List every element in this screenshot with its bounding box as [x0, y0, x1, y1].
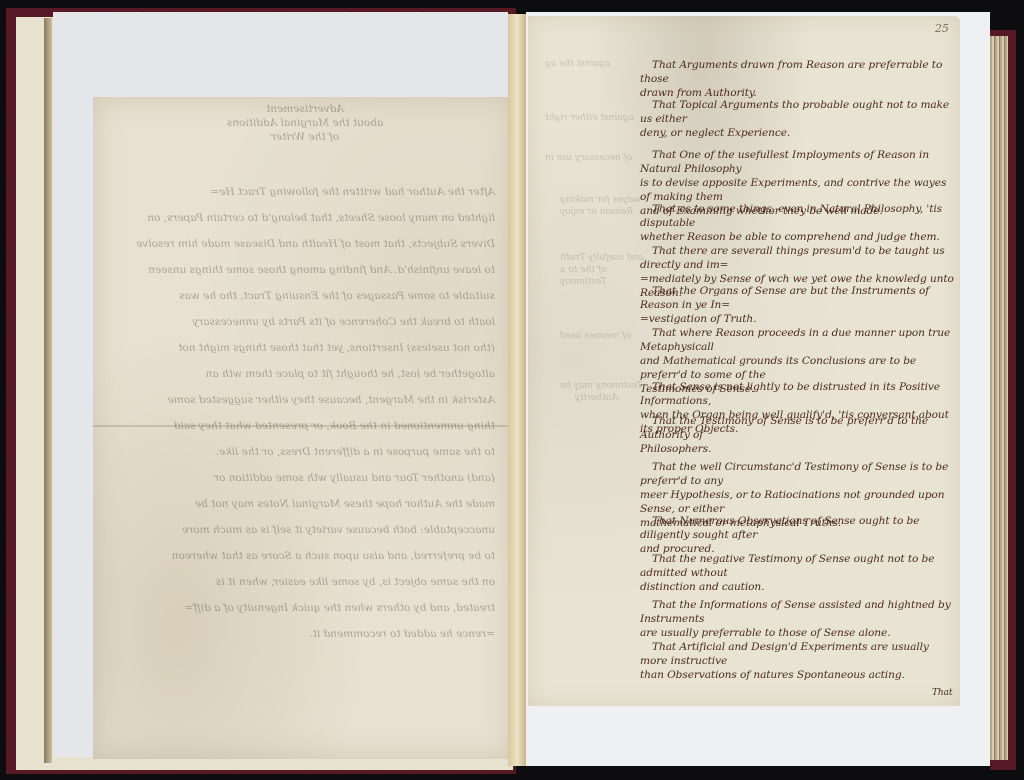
text-line: loath to break the Coherence of its Part…: [100, 315, 495, 341]
text-line: (and) another Tour and usually wth some …: [100, 471, 495, 497]
text-line: That the Testimony of Sense is to be pre…: [640, 414, 958, 442]
text-line: That the negative Testimony of Sense oug…: [640, 552, 958, 580]
show-through-text: wayes for making: [560, 194, 641, 206]
show-through-text: Testimony: [560, 276, 607, 288]
text-line: Divers Subjects, that most of Health and…: [100, 237, 495, 263]
text-line: That the well Circumstanc'd Testimony of…: [640, 460, 958, 488]
show-through-text: against the ag: [545, 58, 610, 70]
page-edge-left: [44, 18, 52, 763]
heading-line: Advertisement: [150, 102, 460, 116]
text-line: Asterisk in the Margent, because they ei…: [100, 393, 495, 419]
show-through-text: Reason or enjoy: [560, 206, 633, 218]
proposition: That Artificial and Design'd Experiments…: [640, 640, 958, 682]
text-line: suitable to some Passages of the Ensuing…: [100, 289, 495, 315]
text-line: lighted on many loose Sheets, that belon…: [100, 211, 495, 237]
proposition: That the Informations of Sense assisted …: [640, 598, 958, 640]
text-line: After the Author had written the followi…: [100, 185, 495, 211]
page-block-edges: [990, 36, 1008, 760]
heading-line: about the Marginal Additions: [150, 116, 460, 130]
text-line: whether Reason be able to comprehend and…: [640, 231, 940, 243]
text-line: That as to some things, even in Natural …: [640, 202, 958, 230]
text-line: That Artificial and Design'd Experiments…: [640, 640, 958, 668]
text-line: deny, or neglect Experience.: [640, 127, 790, 139]
text-line: and Mathematical grounds its Conclusions…: [640, 354, 958, 382]
show-through-text: Testimony may be: [560, 380, 642, 392]
text-line: Philosophers.: [640, 443, 711, 455]
catchword: That: [932, 686, 952, 700]
text-line: than Observations of natures Spontaneous…: [640, 669, 905, 681]
text-line: =vestigation of Truth.: [640, 313, 756, 325]
text-line: That Topical Arguments tho probable ough…: [640, 98, 958, 126]
text-line: unacceptable: both because variety it se…: [100, 523, 495, 549]
heading-line: of the Writer: [150, 130, 460, 144]
text-line: That where Reason proceeds in a due mann…: [640, 326, 958, 354]
text-line: to the same purpose in a different Dress…: [100, 445, 495, 471]
text-line: made the Author hope these Marginal Note…: [100, 497, 495, 523]
text-line: That Arguments drawn from Reason are pre…: [640, 58, 958, 86]
text-line: treated, and by others when the quick In…: [100, 601, 495, 627]
show-through-text: of the to a: [560, 264, 606, 276]
text-line: to be preferred, and also upon such a Sc…: [100, 549, 495, 575]
show-through-text: of necessary use in: [545, 152, 632, 164]
text-line: That the Informations of Sense assisted …: [640, 598, 958, 626]
text-line: That there are severall things presum'd …: [640, 244, 958, 272]
text-line: altogether be lost, he thought fit to pl…: [100, 367, 495, 393]
text-line: That Sense is not lightly to be distrust…: [640, 380, 958, 408]
text-line: distinction and caution.: [640, 581, 764, 593]
proposition: That the Organs of Sense are but the Ins…: [640, 284, 958, 326]
proposition: That Arguments drawn from Reason are pre…: [640, 58, 958, 100]
proposition: That the Testimony of Sense is to be pre…: [640, 414, 958, 456]
left-page-body: After the Author had written the followi…: [100, 185, 495, 653]
text-line: That the Organs of Sense are but the Ins…: [640, 284, 958, 312]
show-through-text: of meanes used: [560, 330, 631, 342]
proposition: That Numerous Observations of Sense ough…: [640, 514, 958, 556]
text-line: thing unmentioned in the Book, or presen…: [100, 419, 495, 445]
text-line: is to devise apposite Experiments, and c…: [640, 176, 958, 204]
text-line: =rence he added to recommend it.: [100, 627, 495, 653]
text-line: meer Hypothesis, or to Ratiocinations no…: [640, 488, 958, 516]
left-page-heading: Advertisement about the Marginal Additio…: [150, 102, 460, 144]
proposition: That the negative Testimony of Sense oug…: [640, 552, 958, 594]
text-line: to leave unfinish'd. And finding among t…: [100, 263, 495, 289]
text-line: That Numerous Observations of Sense ough…: [640, 514, 958, 542]
text-line: (tho not useless) Insertions, yet that t…: [100, 341, 495, 367]
proposition: That as to some things, even in Natural …: [640, 202, 958, 244]
page-number: 25: [935, 22, 949, 36]
proposition: That Topical Arguments tho probable ough…: [640, 98, 958, 140]
show-through-text: and usefully Truth: [560, 252, 644, 264]
text-line: That One of the usefullest Imployments o…: [640, 148, 958, 176]
show-through-text: against either right: [545, 112, 634, 124]
text-line: are usually preferrable to those of Sens…: [640, 627, 890, 639]
book-gutter: [508, 14, 526, 766]
text-line: on the same object is, by some like easi…: [100, 575, 495, 601]
show-through-text: Authority: [575, 392, 618, 404]
